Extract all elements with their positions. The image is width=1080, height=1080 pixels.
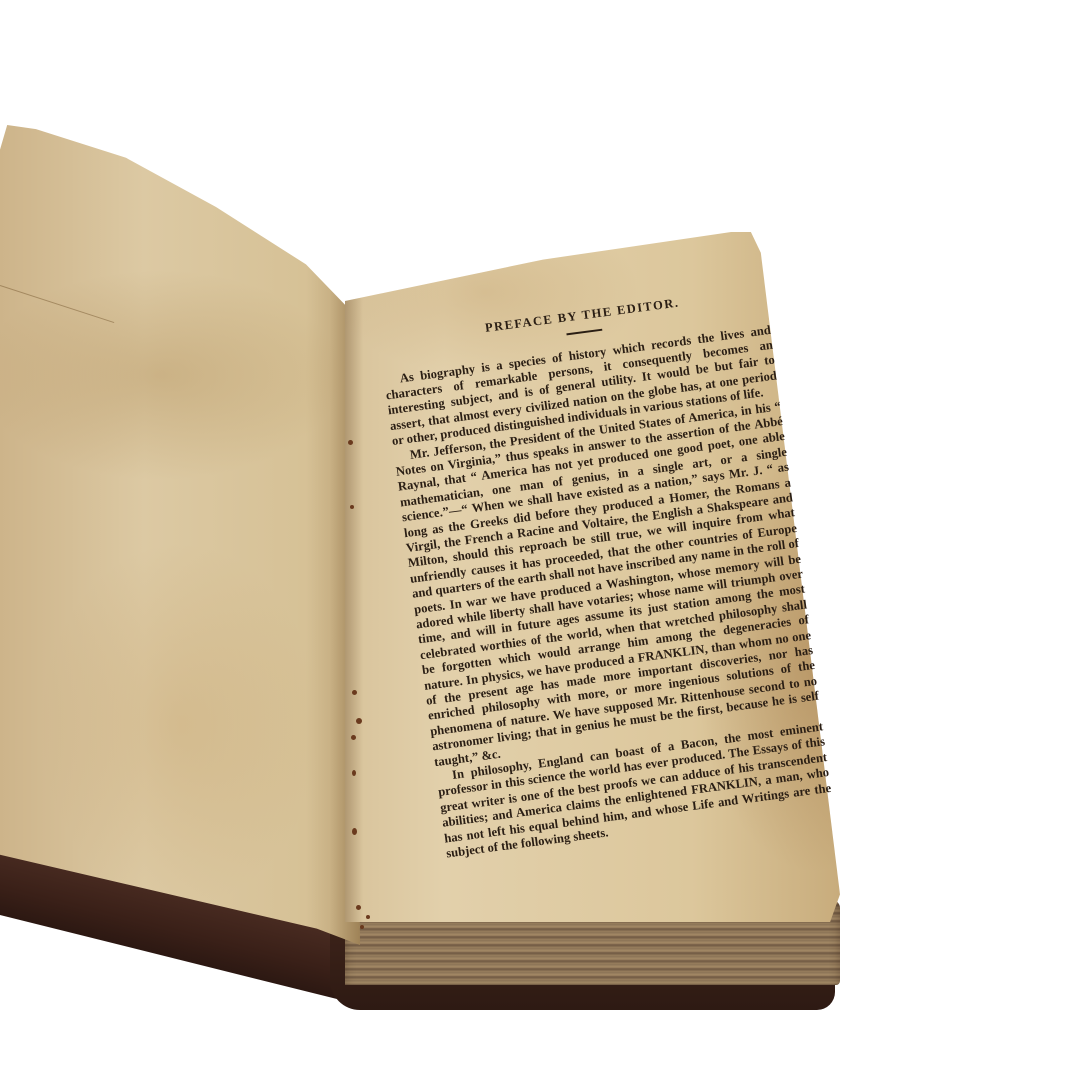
foxing-spot [356, 905, 361, 910]
foxing-spot [351, 735, 356, 740]
left-page [0, 125, 360, 945]
preface-paragraph: Mr. Jefferson, the President of the Unit… [393, 399, 822, 771]
preface-text-block: PREFACE BY THE EDITOR. As biography is a… [378, 284, 834, 862]
book-photo: PREFACE BY THE EDITOR. As biography is a… [0, 0, 1080, 1080]
page-crease [0, 285, 114, 323]
foxing-spot [350, 505, 354, 509]
title-rule [566, 329, 602, 335]
gutter-shadow-right [345, 232, 363, 922]
foxing-spot [356, 718, 362, 724]
foxing-spot [348, 440, 353, 445]
foxing-spot [366, 915, 370, 919]
foxing-spot [352, 828, 357, 835]
foxing-spot [352, 690, 357, 695]
foxing-spot [352, 770, 356, 776]
foxing-spot [360, 925, 364, 929]
